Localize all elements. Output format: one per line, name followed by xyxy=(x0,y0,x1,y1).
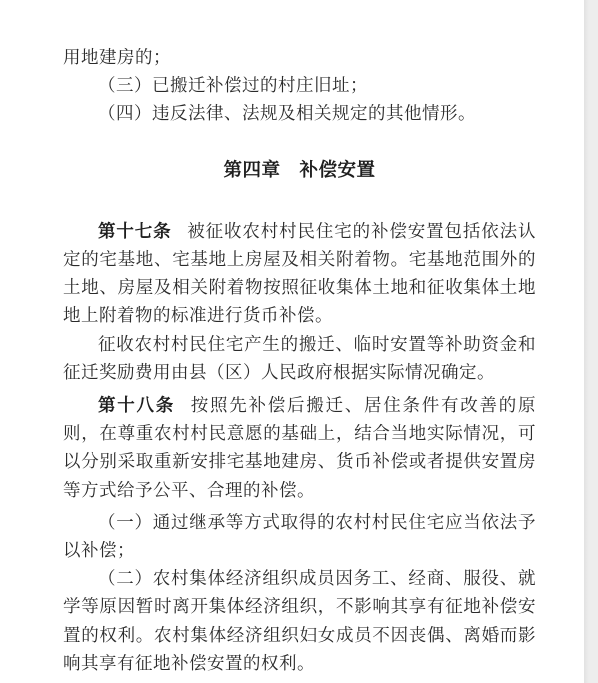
article-18-item-one: （一）通过继承等方式取得的农村村民住宅应当依法予以补偿； xyxy=(63,508,536,564)
article-17-paragraph-1: 第十七条被征收农村村民住宅的补偿安置包括依法认定的宅基地、宅基地上房屋及相关附着… xyxy=(63,217,536,330)
document-page: 用地建房的； （三）已搬迁补偿过的村庄旧址； （四）违反法律、法规及相关规定的其… xyxy=(0,0,598,683)
document-content: 用地建房的； （三）已搬迁补偿过的村庄旧址； （四）违反法律、法规及相关规定的其… xyxy=(63,43,536,677)
article-18-number: 第十八条 xyxy=(98,395,175,415)
page-right-gutter xyxy=(584,0,598,683)
paragraph-continuation: 用地建房的； xyxy=(63,43,536,71)
chapter-heading: 第四章 补偿安置 xyxy=(63,156,536,184)
list-item-four: （四）违反法律、法规及相关规定的其他情形。 xyxy=(63,99,536,127)
article-18-item-two: （二）农村集体经济组织成员因务工、经商、服役、就学等原因暂时离开集体经济组织，不… xyxy=(63,564,536,677)
article-17-paragraph-2: 征收农村村民住宅产生的搬迁、临时安置等补助资金和征迁奖励费用由县（区）人民政府根… xyxy=(63,330,536,386)
article-17-number: 第十七条 xyxy=(98,221,172,241)
article-18-paragraph-1: 第十八条按照先补偿后搬迁、居住条件有改善的原则，在尊重农村村民意愿的基础上，结合… xyxy=(63,391,536,504)
list-item-three: （三）已搬迁补偿过的村庄旧址； xyxy=(63,71,536,99)
